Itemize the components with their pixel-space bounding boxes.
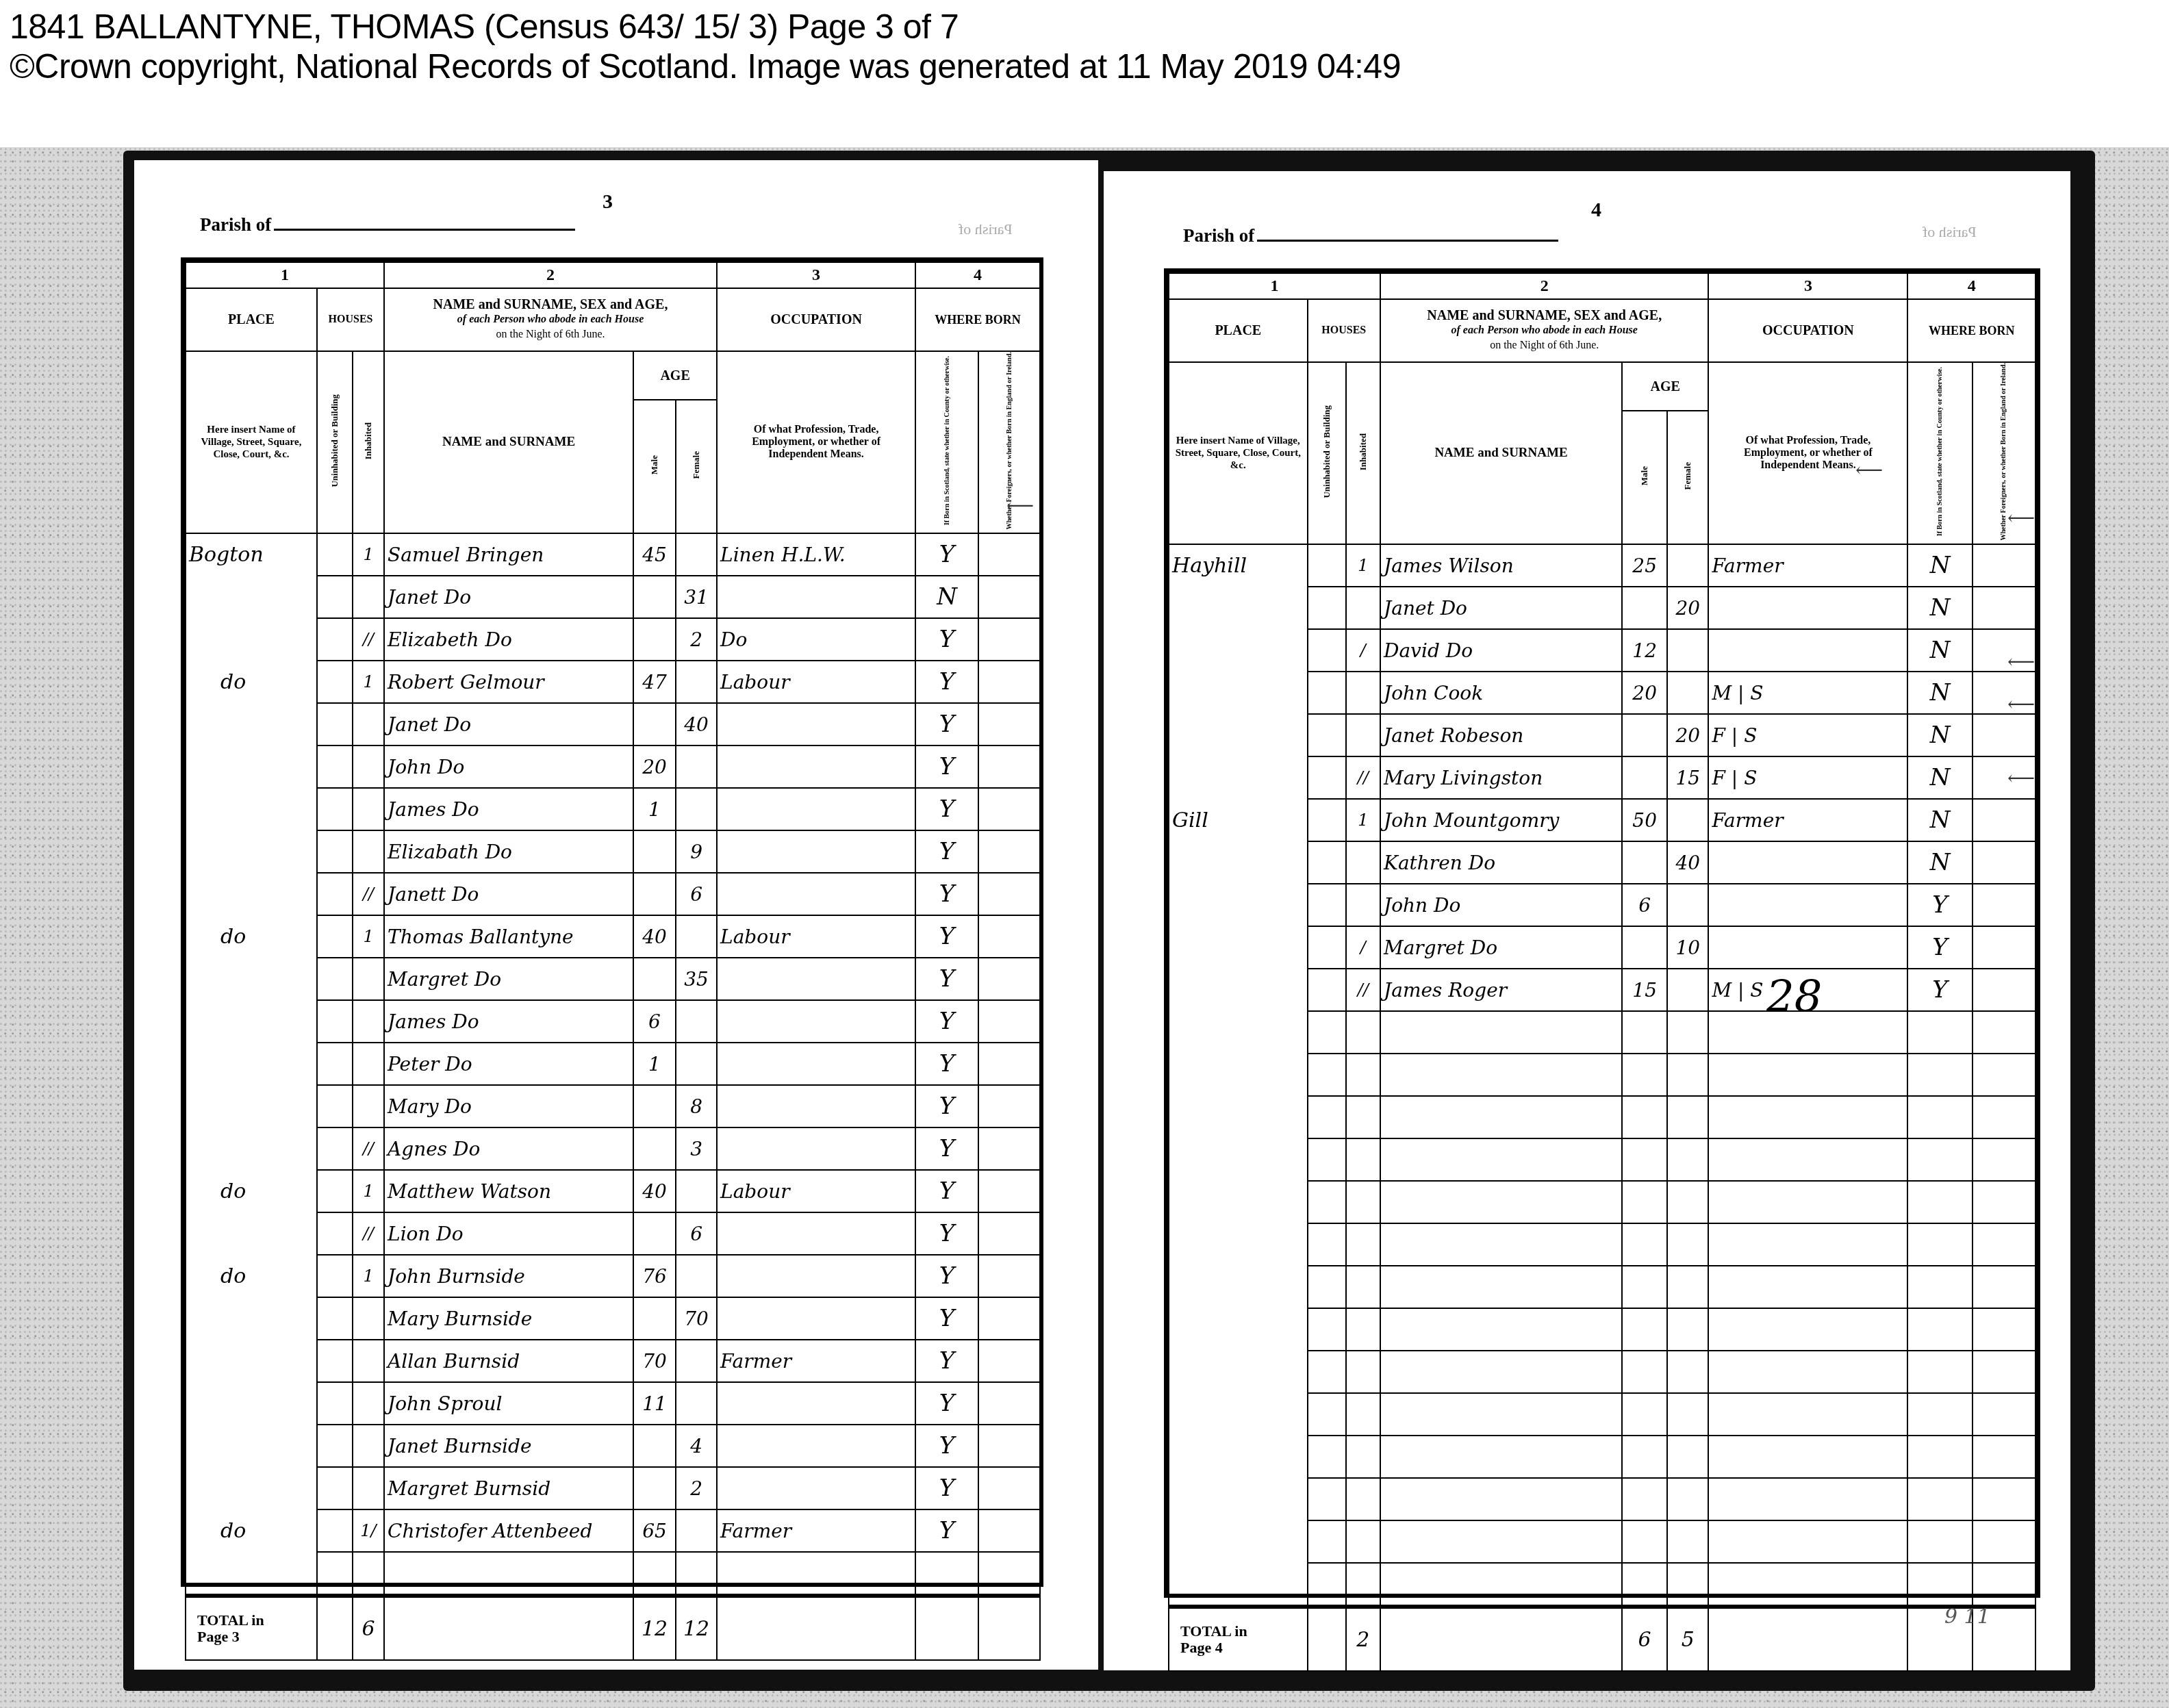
born-in-county-cell: N bbox=[1907, 629, 1972, 672]
occupation-cell bbox=[1708, 1563, 1907, 1607]
male-age-cell bbox=[1622, 1563, 1667, 1607]
occupation-cell: Farmer bbox=[1708, 799, 1907, 841]
blank-row bbox=[1169, 1351, 2035, 1393]
header-name-sex-age: NAME and SURNAME, SEX and AGE, of each P… bbox=[1380, 299, 1709, 362]
female-age-cell: 2 bbox=[676, 618, 717, 661]
header-place-desc: Here insert Name of Village, Street, Squ… bbox=[186, 351, 317, 533]
inhabited-cell bbox=[1346, 1011, 1380, 1054]
inhabited-cell bbox=[1346, 714, 1380, 756]
census-entry-row: Janet Do20N bbox=[1169, 587, 2035, 629]
total-born bbox=[915, 1596, 978, 1660]
header-place-desc: Here insert Name of Village, Street, Squ… bbox=[1169, 362, 1308, 544]
born-foreign-cell bbox=[978, 1255, 1040, 1297]
female-age-cell bbox=[1667, 1393, 1708, 1436]
male-age-cell bbox=[633, 703, 676, 745]
census-entry-row: Margret Do35Y bbox=[186, 958, 1040, 1000]
header-occupation: OCCUPATION bbox=[717, 288, 915, 351]
born-foreign-cell bbox=[978, 1340, 1040, 1382]
born-in-county-cell: N bbox=[1907, 756, 1972, 799]
inhabited-cell bbox=[353, 1552, 384, 1596]
uninhabited-cell bbox=[1308, 756, 1346, 799]
census-entry-row: Janet Robeson20F | SN bbox=[1169, 714, 2035, 756]
occupation-cell bbox=[717, 958, 915, 1000]
inhabited-cell: // bbox=[353, 618, 384, 661]
total-inhabited: 2 bbox=[1346, 1607, 1380, 1671]
uninhabited-cell bbox=[317, 1255, 353, 1297]
uninhabited-cell bbox=[1308, 1393, 1346, 1436]
born-in-county-cell bbox=[1907, 1563, 1972, 1607]
male-age-cell bbox=[633, 1425, 676, 1467]
born-in-county-cell: N bbox=[915, 576, 978, 618]
name-cell bbox=[1380, 1308, 1622, 1351]
place-cell bbox=[186, 958, 317, 1000]
male-age-cell: 76 bbox=[633, 1255, 676, 1297]
total-occupation bbox=[717, 1596, 915, 1660]
inhabited-cell: 1 bbox=[353, 1255, 384, 1297]
inhabited-cell bbox=[353, 830, 384, 873]
inhabited-cell: // bbox=[353, 1212, 384, 1255]
inhabited-cell: 1/ bbox=[353, 1509, 384, 1552]
born-in-county-cell: Y bbox=[915, 533, 978, 576]
uninhabited-cell bbox=[317, 661, 353, 703]
total-label: TOTAL inPage 4 bbox=[1169, 1607, 1308, 1671]
male-age-cell bbox=[1622, 1351, 1667, 1393]
born-in-county-cell: Y bbox=[915, 618, 978, 661]
male-age-cell bbox=[633, 830, 676, 873]
column-number-1: 1 bbox=[1169, 273, 1380, 299]
left-page-number: 3 bbox=[602, 190, 613, 214]
place-cell bbox=[1169, 926, 1308, 969]
place-cell: do bbox=[186, 661, 317, 703]
header-born-foreign: Whether Foreigners, or whether Born in E… bbox=[2000, 363, 2007, 540]
place-cell bbox=[186, 1552, 317, 1596]
name-cell: Matthew Watson bbox=[384, 1170, 633, 1212]
census-entry-row: do1Thomas Ballantyne40LabourY bbox=[186, 915, 1040, 958]
inhabited-cell bbox=[1346, 672, 1380, 714]
census-entry-row: John Do6Y bbox=[1169, 884, 2035, 926]
uninhabited-cell bbox=[1308, 926, 1346, 969]
header-male: Male bbox=[1640, 466, 1649, 485]
census-entry-row: //Elizabeth Do2DoY bbox=[186, 618, 1040, 661]
born-in-county-cell: Y bbox=[915, 1425, 978, 1467]
born-in-county-cell: Y bbox=[915, 1467, 978, 1509]
female-age-cell bbox=[1667, 1351, 1708, 1393]
census-entry-row: Janet Do40Y bbox=[186, 703, 1040, 745]
blank-row bbox=[1169, 1436, 2035, 1478]
female-age-cell bbox=[676, 745, 717, 788]
place-cell: do bbox=[186, 915, 317, 958]
occupation-cell bbox=[717, 745, 915, 788]
name-cell: John Sproul bbox=[384, 1382, 633, 1425]
name-cell bbox=[1380, 1351, 1622, 1393]
blank-row bbox=[1169, 1054, 2035, 1096]
occupation-cell: Labour bbox=[717, 1170, 915, 1212]
name-cell: James Roger bbox=[1380, 969, 1622, 1011]
occupation-cell bbox=[717, 703, 915, 745]
place-cell bbox=[186, 1425, 317, 1467]
uninhabited-cell bbox=[1308, 1181, 1346, 1223]
inhabited-cell: 1 bbox=[353, 661, 384, 703]
inhabited-cell: 1 bbox=[1346, 799, 1380, 841]
document-title: 1841 BALLANTYNE, THOMAS (Census 643/ 15/… bbox=[10, 7, 1401, 47]
uninhabited-cell bbox=[317, 1085, 353, 1127]
left-parish-field: Parish of bbox=[200, 214, 575, 235]
female-age-cell bbox=[676, 915, 717, 958]
occupation-cell bbox=[717, 1085, 915, 1127]
census-entry-row: John Sproul11Y bbox=[186, 1382, 1040, 1425]
occupation-cell bbox=[1708, 1096, 1907, 1138]
born-in-county-cell: Y bbox=[915, 745, 978, 788]
male-age-cell: 40 bbox=[633, 1170, 676, 1212]
blank-row bbox=[186, 1552, 1040, 1596]
blank-row bbox=[1169, 1138, 2035, 1181]
inhabited-cell: 1 bbox=[353, 915, 384, 958]
name-cell: Christofer Attenbeed bbox=[384, 1509, 633, 1552]
occupation-cell: F | S bbox=[1708, 714, 1907, 756]
total-label-line1: TOTAL in bbox=[197, 1612, 316, 1629]
born-foreign-cell bbox=[978, 1467, 1040, 1509]
male-age-cell: 12 bbox=[1622, 629, 1667, 672]
born-foreign-cell bbox=[1973, 1308, 2035, 1351]
born-in-county-cell bbox=[1907, 1266, 1972, 1308]
uninhabited-cell bbox=[1308, 1138, 1346, 1181]
name-cell bbox=[1380, 1520, 1622, 1563]
total-label-line2: Page 4 bbox=[1180, 1640, 1307, 1656]
born-in-county-cell bbox=[1907, 1478, 1972, 1520]
place-cell bbox=[1169, 1011, 1308, 1054]
inhabited-cell: 1 bbox=[353, 1170, 384, 1212]
inhabited-cell bbox=[353, 1382, 384, 1425]
born-foreign-cell bbox=[1973, 1478, 2035, 1520]
born-foreign-cell bbox=[978, 1085, 1040, 1127]
inhabited-cell bbox=[353, 1297, 384, 1340]
total-name bbox=[1380, 1607, 1622, 1671]
name-cell: Mary Do bbox=[384, 1085, 633, 1127]
blank-row bbox=[1169, 1181, 2035, 1223]
occupation-cell bbox=[717, 1000, 915, 1043]
place-cell: do bbox=[186, 1509, 317, 1552]
occupation-cell bbox=[1708, 1138, 1907, 1181]
place-cell bbox=[1169, 587, 1308, 629]
born-foreign-cell bbox=[1973, 1436, 2035, 1478]
inhabited-cell bbox=[1346, 841, 1380, 884]
inhabited-cell bbox=[353, 745, 384, 788]
female-age-cell bbox=[1667, 544, 1708, 587]
female-age-cell bbox=[676, 1340, 717, 1382]
header-place: PLACE bbox=[1169, 299, 1308, 362]
uninhabited-cell bbox=[1308, 1563, 1346, 1607]
born-foreign-cell bbox=[1973, 1054, 2035, 1096]
male-age-cell: 50 bbox=[1622, 799, 1667, 841]
born-foreign-cell bbox=[978, 1212, 1040, 1255]
male-age-cell: 1 bbox=[633, 1043, 676, 1085]
name-cell bbox=[1380, 1096, 1622, 1138]
male-age-cell bbox=[633, 1127, 676, 1170]
uninhabited-cell bbox=[317, 745, 353, 788]
male-age-cell bbox=[633, 1552, 676, 1596]
born-in-county-cell bbox=[1907, 1351, 1972, 1393]
total-name bbox=[384, 1596, 633, 1660]
born-in-county-cell bbox=[1907, 1308, 1972, 1351]
header-name-sex-age-sub2: on the Night of 6th June. bbox=[385, 327, 716, 342]
header-age: AGE bbox=[1622, 362, 1708, 411]
name-cell: John Do bbox=[1380, 884, 1622, 926]
inhabited-cell bbox=[353, 576, 384, 618]
place-cell bbox=[1169, 1138, 1308, 1181]
uninhabited-cell bbox=[1308, 1436, 1346, 1478]
blank-row bbox=[1169, 1393, 2035, 1436]
inhabited-cell bbox=[353, 958, 384, 1000]
census-entry-row: Bogton1Samuel Bringen45Linen H.L.W.Y bbox=[186, 533, 1040, 576]
place-cell bbox=[186, 703, 317, 745]
total-female: 12 bbox=[676, 1596, 717, 1660]
name-cell: Margret Do bbox=[1380, 926, 1622, 969]
male-age-cell bbox=[1622, 1436, 1667, 1478]
place-cell bbox=[1169, 1520, 1308, 1563]
female-age-cell bbox=[676, 661, 717, 703]
census-entry-row: /Margret Do10Y bbox=[1169, 926, 2035, 969]
uninhabited-cell bbox=[317, 533, 353, 576]
born-foreign-cell bbox=[978, 703, 1040, 745]
inhabited-cell bbox=[353, 1340, 384, 1382]
column-number-4: 4 bbox=[915, 262, 1040, 288]
female-age-cell: 35 bbox=[676, 958, 717, 1000]
census-entry-row: do1Matthew Watson40LabourY bbox=[186, 1170, 1040, 1212]
census-entry-row: Elizabath Do9Y bbox=[186, 830, 1040, 873]
uninhabited-cell bbox=[1308, 587, 1346, 629]
place-cell bbox=[1169, 629, 1308, 672]
census-entry-row: John Cook20M | SN bbox=[1169, 672, 2035, 714]
census-entry-row: do1/Christofer Attenbeed65FarmerY bbox=[186, 1509, 1040, 1552]
occupation-cell bbox=[717, 1043, 915, 1085]
inhabited-cell bbox=[353, 1085, 384, 1127]
inhabited-cell bbox=[353, 788, 384, 830]
header-name-surname: NAME and SURNAME bbox=[384, 351, 633, 533]
occupation-cell bbox=[1708, 926, 1907, 969]
name-cell bbox=[1380, 1478, 1622, 1520]
check-tick-mark: ⟵ bbox=[2007, 693, 2035, 715]
uninhabited-cell bbox=[317, 788, 353, 830]
male-age-cell: 1 bbox=[633, 788, 676, 830]
female-age-cell: 70 bbox=[676, 1297, 717, 1340]
uninhabited-cell bbox=[317, 1509, 353, 1552]
place-cell bbox=[186, 1212, 317, 1255]
total-uninhabited bbox=[317, 1596, 353, 1660]
name-cell: Janett Do bbox=[384, 873, 633, 915]
born-foreign-cell bbox=[1973, 1223, 2035, 1266]
occupation-cell bbox=[1708, 1181, 1907, 1223]
uninhabited-cell bbox=[1308, 544, 1346, 587]
female-age-cell bbox=[676, 1043, 717, 1085]
born-in-county-cell: N bbox=[1907, 587, 1972, 629]
occupation-cell bbox=[1708, 1266, 1907, 1308]
name-cell bbox=[1380, 1436, 1622, 1478]
inhabited-cell bbox=[1346, 1096, 1380, 1138]
inhabited-cell bbox=[353, 1467, 384, 1509]
uninhabited-cell bbox=[317, 1127, 353, 1170]
inhabited-cell bbox=[1346, 1436, 1380, 1478]
uninhabited-cell bbox=[317, 1000, 353, 1043]
male-age-cell: 70 bbox=[633, 1340, 676, 1382]
female-age-cell: 3 bbox=[676, 1127, 717, 1170]
born-foreign-cell bbox=[978, 1297, 1040, 1340]
header-name-sex-age-title: NAME and SURNAME, SEX and AGE, bbox=[1381, 308, 1708, 323]
uninhabited-cell bbox=[317, 958, 353, 1000]
occupation-cell bbox=[1708, 629, 1907, 672]
place-cell bbox=[1169, 1351, 1308, 1393]
born-foreign-cell bbox=[978, 1170, 1040, 1212]
female-age-cell: 20 bbox=[1667, 587, 1708, 629]
blank-row bbox=[1169, 1478, 2035, 1520]
blank-row bbox=[1169, 1223, 2035, 1266]
header-name-sex-age-sub: of each Person who abode in each House bbox=[385, 312, 716, 327]
inhabited-cell: // bbox=[1346, 756, 1380, 799]
born-foreign-cell bbox=[978, 661, 1040, 703]
born-foreign-cell bbox=[978, 958, 1040, 1000]
occupation-cell bbox=[717, 576, 915, 618]
header-place: PLACE bbox=[186, 288, 317, 351]
name-cell: John Burnside bbox=[384, 1255, 633, 1297]
female-age-cell: 9 bbox=[676, 830, 717, 873]
document-header: 1841 BALLANTYNE, THOMAS (Census 643/ 15/… bbox=[10, 7, 1401, 86]
uninhabited-cell bbox=[1308, 714, 1346, 756]
female-age-cell: 10 bbox=[1667, 926, 1708, 969]
male-age-cell bbox=[1622, 1520, 1667, 1563]
parish-blank-line bbox=[274, 214, 575, 231]
name-cell: Agnes Do bbox=[384, 1127, 633, 1170]
page-tally-note: 28 bbox=[1766, 972, 1822, 1023]
header-born-scotland: If Born in Scotland, state whether in Co… bbox=[943, 356, 951, 525]
name-cell bbox=[1380, 1054, 1622, 1096]
occupation-cell bbox=[1708, 1520, 1907, 1563]
inhabited-cell bbox=[1346, 1054, 1380, 1096]
inhabited-cell bbox=[1346, 1181, 1380, 1223]
inhabited-cell bbox=[353, 1043, 384, 1085]
name-cell: James Wilson bbox=[1380, 544, 1622, 587]
name-cell: Samuel Bringen bbox=[384, 533, 633, 576]
born-foreign-cell bbox=[1973, 1266, 2035, 1308]
parish-blank-line bbox=[1257, 225, 1558, 242]
male-age-cell bbox=[1622, 1223, 1667, 1266]
place-cell bbox=[186, 576, 317, 618]
born-foreign-cell bbox=[1973, 841, 2035, 884]
inhabited-cell bbox=[1346, 1520, 1380, 1563]
place-cell bbox=[1169, 672, 1308, 714]
name-cell bbox=[1380, 1563, 1622, 1607]
born-foreign-cell bbox=[1973, 1351, 2035, 1393]
check-tick-mark: ⟵ bbox=[1855, 459, 1883, 481]
born-foreign-cell bbox=[978, 1425, 1040, 1467]
female-age-cell bbox=[676, 1509, 717, 1552]
born-in-county-cell: Y bbox=[915, 1509, 978, 1552]
uninhabited-cell bbox=[1308, 841, 1346, 884]
total-label: TOTAL inPage 3 bbox=[186, 1596, 317, 1660]
born-in-county-cell: Y bbox=[915, 1340, 978, 1382]
female-age-cell bbox=[1667, 672, 1708, 714]
inhabited-cell bbox=[353, 703, 384, 745]
born-foreign-cell bbox=[1973, 969, 2035, 1011]
male-age-cell: 65 bbox=[633, 1509, 676, 1552]
blank-row bbox=[1169, 1096, 2035, 1138]
name-cell: James Do bbox=[384, 788, 633, 830]
male-age-cell bbox=[1622, 587, 1667, 629]
born-foreign-cell bbox=[978, 830, 1040, 873]
name-cell: John Mountgomry bbox=[1380, 799, 1622, 841]
inhabited-cell bbox=[1346, 1308, 1380, 1351]
place-cell: Bogton bbox=[186, 533, 317, 576]
male-age-cell bbox=[1622, 1266, 1667, 1308]
occupation-cell: F | S bbox=[1708, 756, 1907, 799]
female-age-cell bbox=[1667, 1563, 1708, 1607]
born-foreign-cell bbox=[978, 873, 1040, 915]
census-entry-row: //Agnes Do3Y bbox=[186, 1127, 1040, 1170]
uninhabited-cell bbox=[317, 618, 353, 661]
female-age-cell bbox=[1667, 1011, 1708, 1054]
place-cell bbox=[1169, 1436, 1308, 1478]
female-age-cell bbox=[676, 1000, 717, 1043]
uninhabited-cell bbox=[317, 1382, 353, 1425]
total-uninhabited bbox=[1308, 1607, 1346, 1671]
born-in-county-cell bbox=[1907, 1096, 1972, 1138]
male-age-cell bbox=[633, 1212, 676, 1255]
occupation-cell bbox=[717, 1127, 915, 1170]
header-uninhabited: Uninhabited or Building bbox=[1322, 405, 1332, 498]
born-foreign-cell bbox=[978, 1000, 1040, 1043]
occupation-cell: Linen H.L.W. bbox=[717, 533, 915, 576]
female-age-cell bbox=[1667, 1054, 1708, 1096]
born-in-county-cell: Y bbox=[915, 830, 978, 873]
total-label-line2: Page 3 bbox=[197, 1629, 316, 1645]
place-cell bbox=[1169, 1223, 1308, 1266]
born-foreign-cell bbox=[1973, 1181, 2035, 1223]
born-foreign-cell bbox=[978, 533, 1040, 576]
occupation-cell bbox=[717, 1212, 915, 1255]
place-cell bbox=[1169, 1393, 1308, 1436]
born-in-county-cell: Y bbox=[915, 1043, 978, 1085]
born-foreign-cell bbox=[1973, 884, 2035, 926]
place-cell bbox=[186, 1467, 317, 1509]
male-age-cell bbox=[1622, 1096, 1667, 1138]
header-inhabited: Inhabited bbox=[364, 422, 373, 459]
uninhabited-cell bbox=[317, 1212, 353, 1255]
female-age-cell: 40 bbox=[1667, 841, 1708, 884]
place-cell bbox=[186, 1127, 317, 1170]
female-age-cell: 8 bbox=[676, 1085, 717, 1127]
census-entry-row: Allan Burnsid70FarmerY bbox=[186, 1340, 1040, 1382]
header-male: Male bbox=[650, 455, 659, 474]
occupation-cell bbox=[717, 1467, 915, 1509]
parish-label: Parish of bbox=[1183, 225, 1254, 246]
occupation-cell bbox=[1708, 1054, 1907, 1096]
born-foreign-cell bbox=[978, 745, 1040, 788]
male-age-cell: 40 bbox=[633, 915, 676, 958]
occupation-cell: Labour bbox=[717, 661, 915, 703]
uninhabited-cell bbox=[1308, 1266, 1346, 1308]
female-age-cell bbox=[676, 788, 717, 830]
inhabited-cell bbox=[1346, 1563, 1380, 1607]
female-age-cell bbox=[676, 1255, 717, 1297]
inhabited-cell bbox=[1346, 1266, 1380, 1308]
female-age-cell bbox=[676, 1552, 717, 1596]
census-entry-row: //Janett Do6Y bbox=[186, 873, 1040, 915]
born-in-county-cell bbox=[1907, 1520, 1972, 1563]
header-houses: HOUSES bbox=[317, 288, 384, 351]
born-foreign-cell bbox=[1973, 799, 2035, 841]
place-cell bbox=[186, 1000, 317, 1043]
occupation-cell: Farmer bbox=[717, 1340, 915, 1382]
book-spine bbox=[1098, 171, 1104, 1670]
name-cell bbox=[1380, 1011, 1622, 1054]
